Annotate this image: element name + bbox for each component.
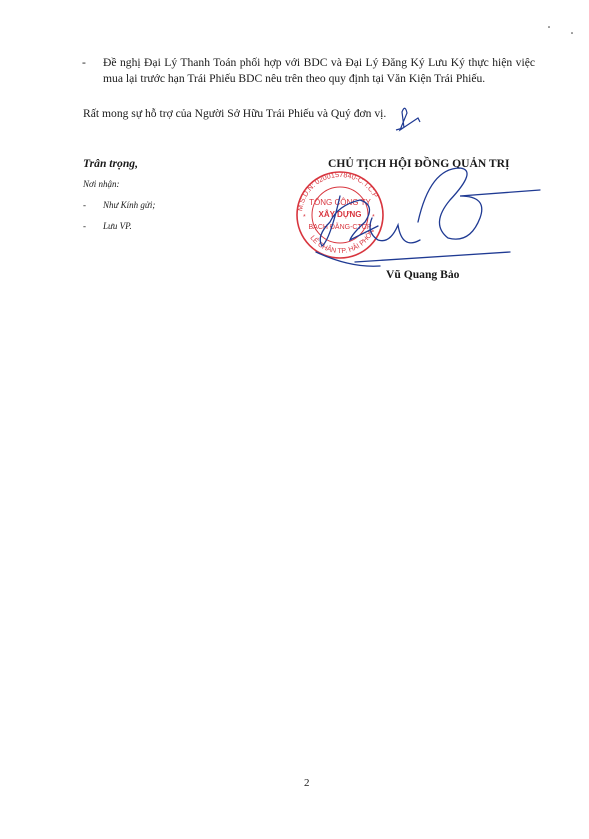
document-page: - Đề nghị Đại Lý Thanh Toán phối hợp với…	[0, 0, 589, 839]
stamp-and-signature-graphics: M.S.D.N: 0200157840-C.T.C.P LÊ CHÂN TP. …	[0, 0, 589, 839]
svg-text:*: *	[372, 214, 375, 221]
initials-mark	[396, 108, 420, 130]
svg-text:TỔNG CÔNG TY: TỔNG CÔNG TY	[309, 198, 371, 207]
company-stamp-icon: M.S.D.N: 0200157840-C.T.C.P LÊ CHÂN TP. …	[0, 0, 383, 258]
svg-text:BẠCH ĐẰNG-CTCP: BẠCH ĐẰNG-CTCP	[308, 222, 371, 231]
svg-text:*: *	[303, 214, 306, 221]
signatory-name: Vũ Quang Bảo	[386, 268, 459, 281]
svg-text:XÂY DỰNG: XÂY DỰNG	[319, 210, 362, 219]
page-number: 2	[304, 777, 310, 789]
